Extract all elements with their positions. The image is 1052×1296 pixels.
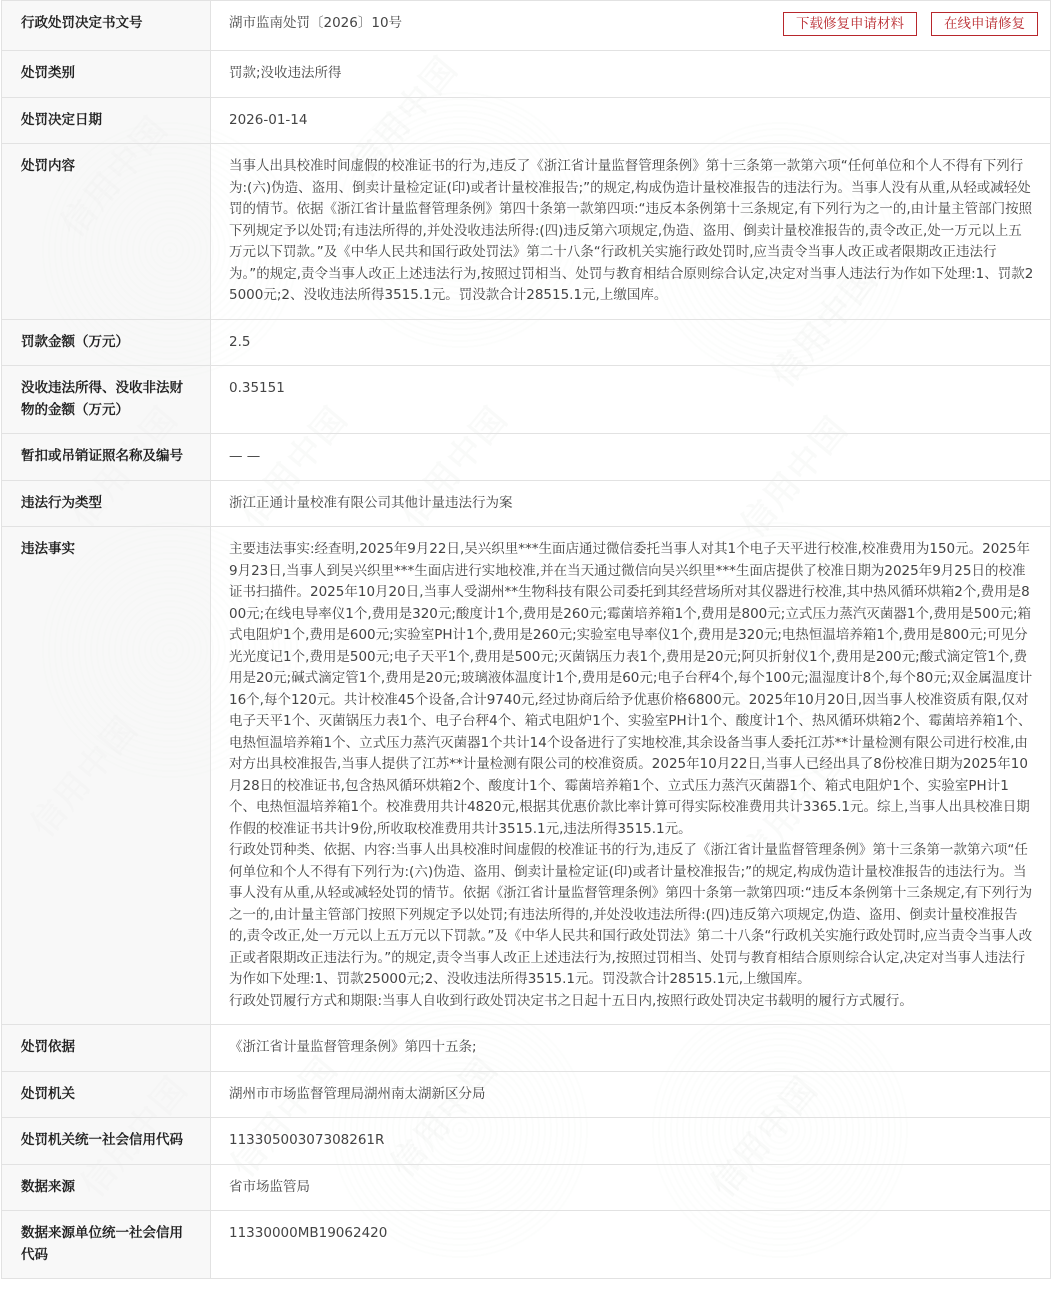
value-penalty-content: 当事人出具校准时间虚假的校准证书的行为,违反了《浙江省计量监督管理条例》第十三条… [211, 144, 1051, 320]
row-penalty-content: 处罚内容 当事人出具校准时间虚假的校准证书的行为,违反了《浙江省计量监督管理条例… [2, 144, 1051, 320]
row-penalty-category: 处罚类别 罚款;没收违法所得 [2, 51, 1051, 98]
value-source-credit-code: 11330000MB19062420 [211, 1211, 1051, 1279]
row-fine-amount: 罚款金额（万元） 2.5 [2, 319, 1051, 366]
value-fine-amount: 2.5 [211, 319, 1051, 366]
label-decision-date: 处罚决定日期 [2, 97, 211, 144]
label-data-source: 数据来源 [2, 1164, 211, 1211]
value-data-source: 省市场监管局 [211, 1164, 1051, 1211]
penalty-record-table: 行政处罚决定书文号 湖市监南处罚〔2026〕10号 下载修复申请材料 在线申请修… [1, 0, 1051, 1279]
repair-actions: 下载修复申请材料 在线申请修复 [783, 12, 1038, 36]
label-decision-number: 行政处罚决定书文号 [2, 1, 211, 51]
value-decision-date: 2026-01-14 [211, 97, 1051, 144]
label-violation-type: 违法行为类型 [2, 480, 211, 527]
row-authority-credit-code: 处罚机关统一社会信用代码 11330500307308261R [2, 1118, 1051, 1165]
value-violation-type: 浙江正通计量校准有限公司其他计量违法行为案 [211, 480, 1051, 527]
violation-facts-paragraph: 主要违法事实:经查明,2025年9月22日,吴兴织里***生面店通过微信委托当事… [229, 539, 1034, 840]
label-penalty-category: 处罚类别 [2, 51, 211, 98]
row-violation-type: 违法行为类型 浙江正通计量校准有限公司其他计量违法行为案 [2, 480, 1051, 527]
row-data-source: 数据来源 省市场监管局 [2, 1164, 1051, 1211]
row-penalty-basis: 处罚依据 《浙江省计量监督管理条例》第四十五条; [2, 1025, 1051, 1072]
value-license-suspension: — — [211, 434, 1051, 481]
label-penalty-content: 处罚内容 [2, 144, 211, 320]
penalty-basis-paragraph: 行政处罚种类、依据、内容:当事人出具校准时间虚假的校准证书的行为,违反了《浙江省… [229, 840, 1034, 991]
row-source-credit-code: 数据来源单位统一社会信用代码 11330000MB19062420 [2, 1211, 1051, 1279]
label-license-suspension: 暂扣或吊销证照名称及编号 [2, 434, 211, 481]
value-decision-number: 湖市监南处罚〔2026〕10号 [229, 13, 402, 35]
label-fine-amount: 罚款金额（万元） [2, 319, 211, 366]
online-repair-application-button[interactable]: 在线申请修复 [931, 12, 1038, 36]
value-penalty-basis: 《浙江省计量监督管理条例》第四十五条; [211, 1025, 1051, 1072]
label-authority-credit-code: 处罚机关统一社会信用代码 [2, 1118, 211, 1165]
row-violation-facts: 违法事实 主要违法事实:经查明,2025年9月22日,吴兴织里***生面店通过微… [2, 527, 1051, 1025]
row-decision-number: 行政处罚决定书文号 湖市监南处罚〔2026〕10号 下载修复申请材料 在线申请修… [2, 1, 1051, 51]
label-violation-facts: 违法事实 [2, 527, 211, 1025]
row-confiscated-amount: 没收违法所得、没收非法财物的金额（万元） 0.35151 [2, 366, 1051, 434]
value-authority-credit-code: 11330500307308261R [211, 1118, 1051, 1165]
label-penalty-authority: 处罚机关 [2, 1071, 211, 1118]
label-confiscated-amount: 没收违法所得、没收非法财物的金额（万元） [2, 366, 211, 434]
value-penalty-category: 罚款;没收违法所得 [211, 51, 1051, 98]
performance-method-paragraph: 行政处罚履行方式和期限:当事人自收到行政处罚决定书之日起十五日内,按照行政处罚决… [229, 991, 1034, 1013]
value-penalty-authority: 湖州市市场监督管理局湖州南太湖新区分局 [211, 1071, 1051, 1118]
row-license-suspension: 暂扣或吊销证照名称及编号 — — [2, 434, 1051, 481]
label-penalty-basis: 处罚依据 [2, 1025, 211, 1072]
label-source-credit-code: 数据来源单位统一社会信用代码 [2, 1211, 211, 1279]
value-confiscated-amount: 0.35151 [211, 366, 1051, 434]
value-decision-number-cell: 湖市监南处罚〔2026〕10号 下载修复申请材料 在线申请修复 [211, 1, 1051, 51]
row-decision-date: 处罚决定日期 2026-01-14 [2, 97, 1051, 144]
download-repair-materials-button[interactable]: 下载修复申请材料 [783, 12, 917, 36]
row-penalty-authority: 处罚机关 湖州市市场监督管理局湖州南太湖新区分局 [2, 1071, 1051, 1118]
value-violation-facts: 主要违法事实:经查明,2025年9月22日,吴兴织里***生面店通过微信委托当事… [211, 527, 1051, 1025]
